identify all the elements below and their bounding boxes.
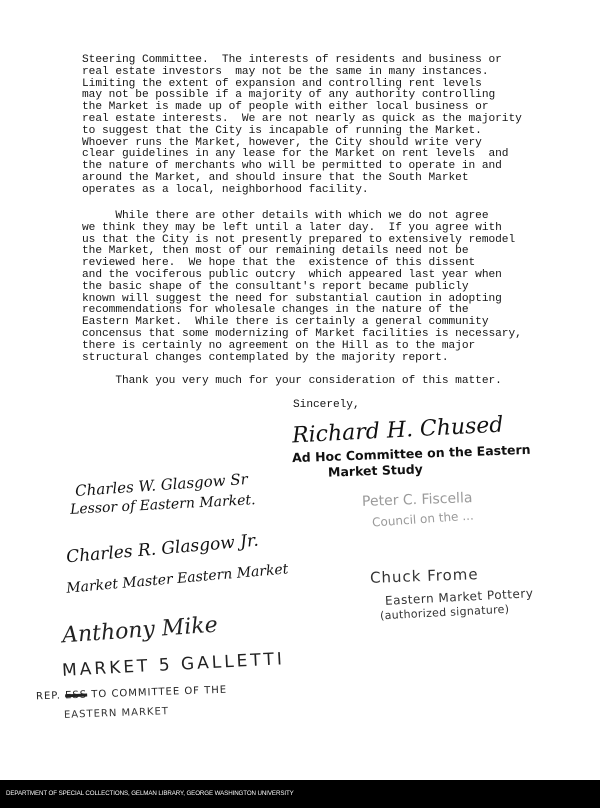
text-line: real estate interests. We are not nearly… <box>82 114 522 126</box>
closing: Sincerely, <box>293 400 360 412</box>
paragraph-1: Steering Committee. The interests of res… <box>82 55 522 197</box>
signature-affiliation-2: Market Study <box>328 461 423 479</box>
text-line: to suggest that the City is incapable of… <box>82 126 522 138</box>
text-line: concensus that some modernizing of Marke… <box>82 329 522 341</box>
text-line: the basic shape of the consultant's repo… <box>82 282 522 294</box>
text-line: operates as a local, neighborhood facili… <box>82 185 522 197</box>
signature-name: Charles R. Glasgow Jr. <box>65 531 259 568</box>
signature-title: Council on the ... <box>372 508 474 529</box>
rep-prefix: REP. <box>36 690 61 702</box>
struck-text: ESS <box>65 690 87 702</box>
text-line: and the vociferous public outcry which a… <box>82 270 522 282</box>
signature-line-1: MARKET 5 GALLETTI <box>62 649 286 681</box>
letter-page: Steering Committee. The interests of res… <box>0 0 600 780</box>
signature-name: Peter C. Fiscella <box>362 490 473 510</box>
signature-title: Market Master Eastern Market <box>66 561 289 596</box>
signature-line-2: REP. ESS TO COMMITTEE OF THE <box>36 685 227 703</box>
committee-text: TO COMMITTEE OF THE <box>91 685 227 701</box>
archive-credit: DEPARTMENT OF SPECIAL COLLECTIONS, GELMA… <box>6 790 294 797</box>
signature-name: Chuck Frome <box>370 565 479 587</box>
text-line: there is certainly no agreement on the H… <box>82 341 522 353</box>
text-line: structural changes contemplated by the m… <box>82 353 522 365</box>
text-line: real estate investors may not be the sam… <box>82 67 522 79</box>
paragraph-2: While there are other details with which… <box>82 211 522 364</box>
signature-name: Anthony Mike <box>61 613 218 649</box>
archive-footer: DEPARTMENT OF SPECIAL COLLECTIONS, GELMA… <box>0 780 600 808</box>
thanks-line: Thank you very much for your considerati… <box>82 376 502 388</box>
signature-line-3: EASTERN MARKET <box>64 706 169 721</box>
text-line: around the Market, and should insure tha… <box>82 173 522 185</box>
text-line: we think they may be left until a later … <box>82 223 522 235</box>
